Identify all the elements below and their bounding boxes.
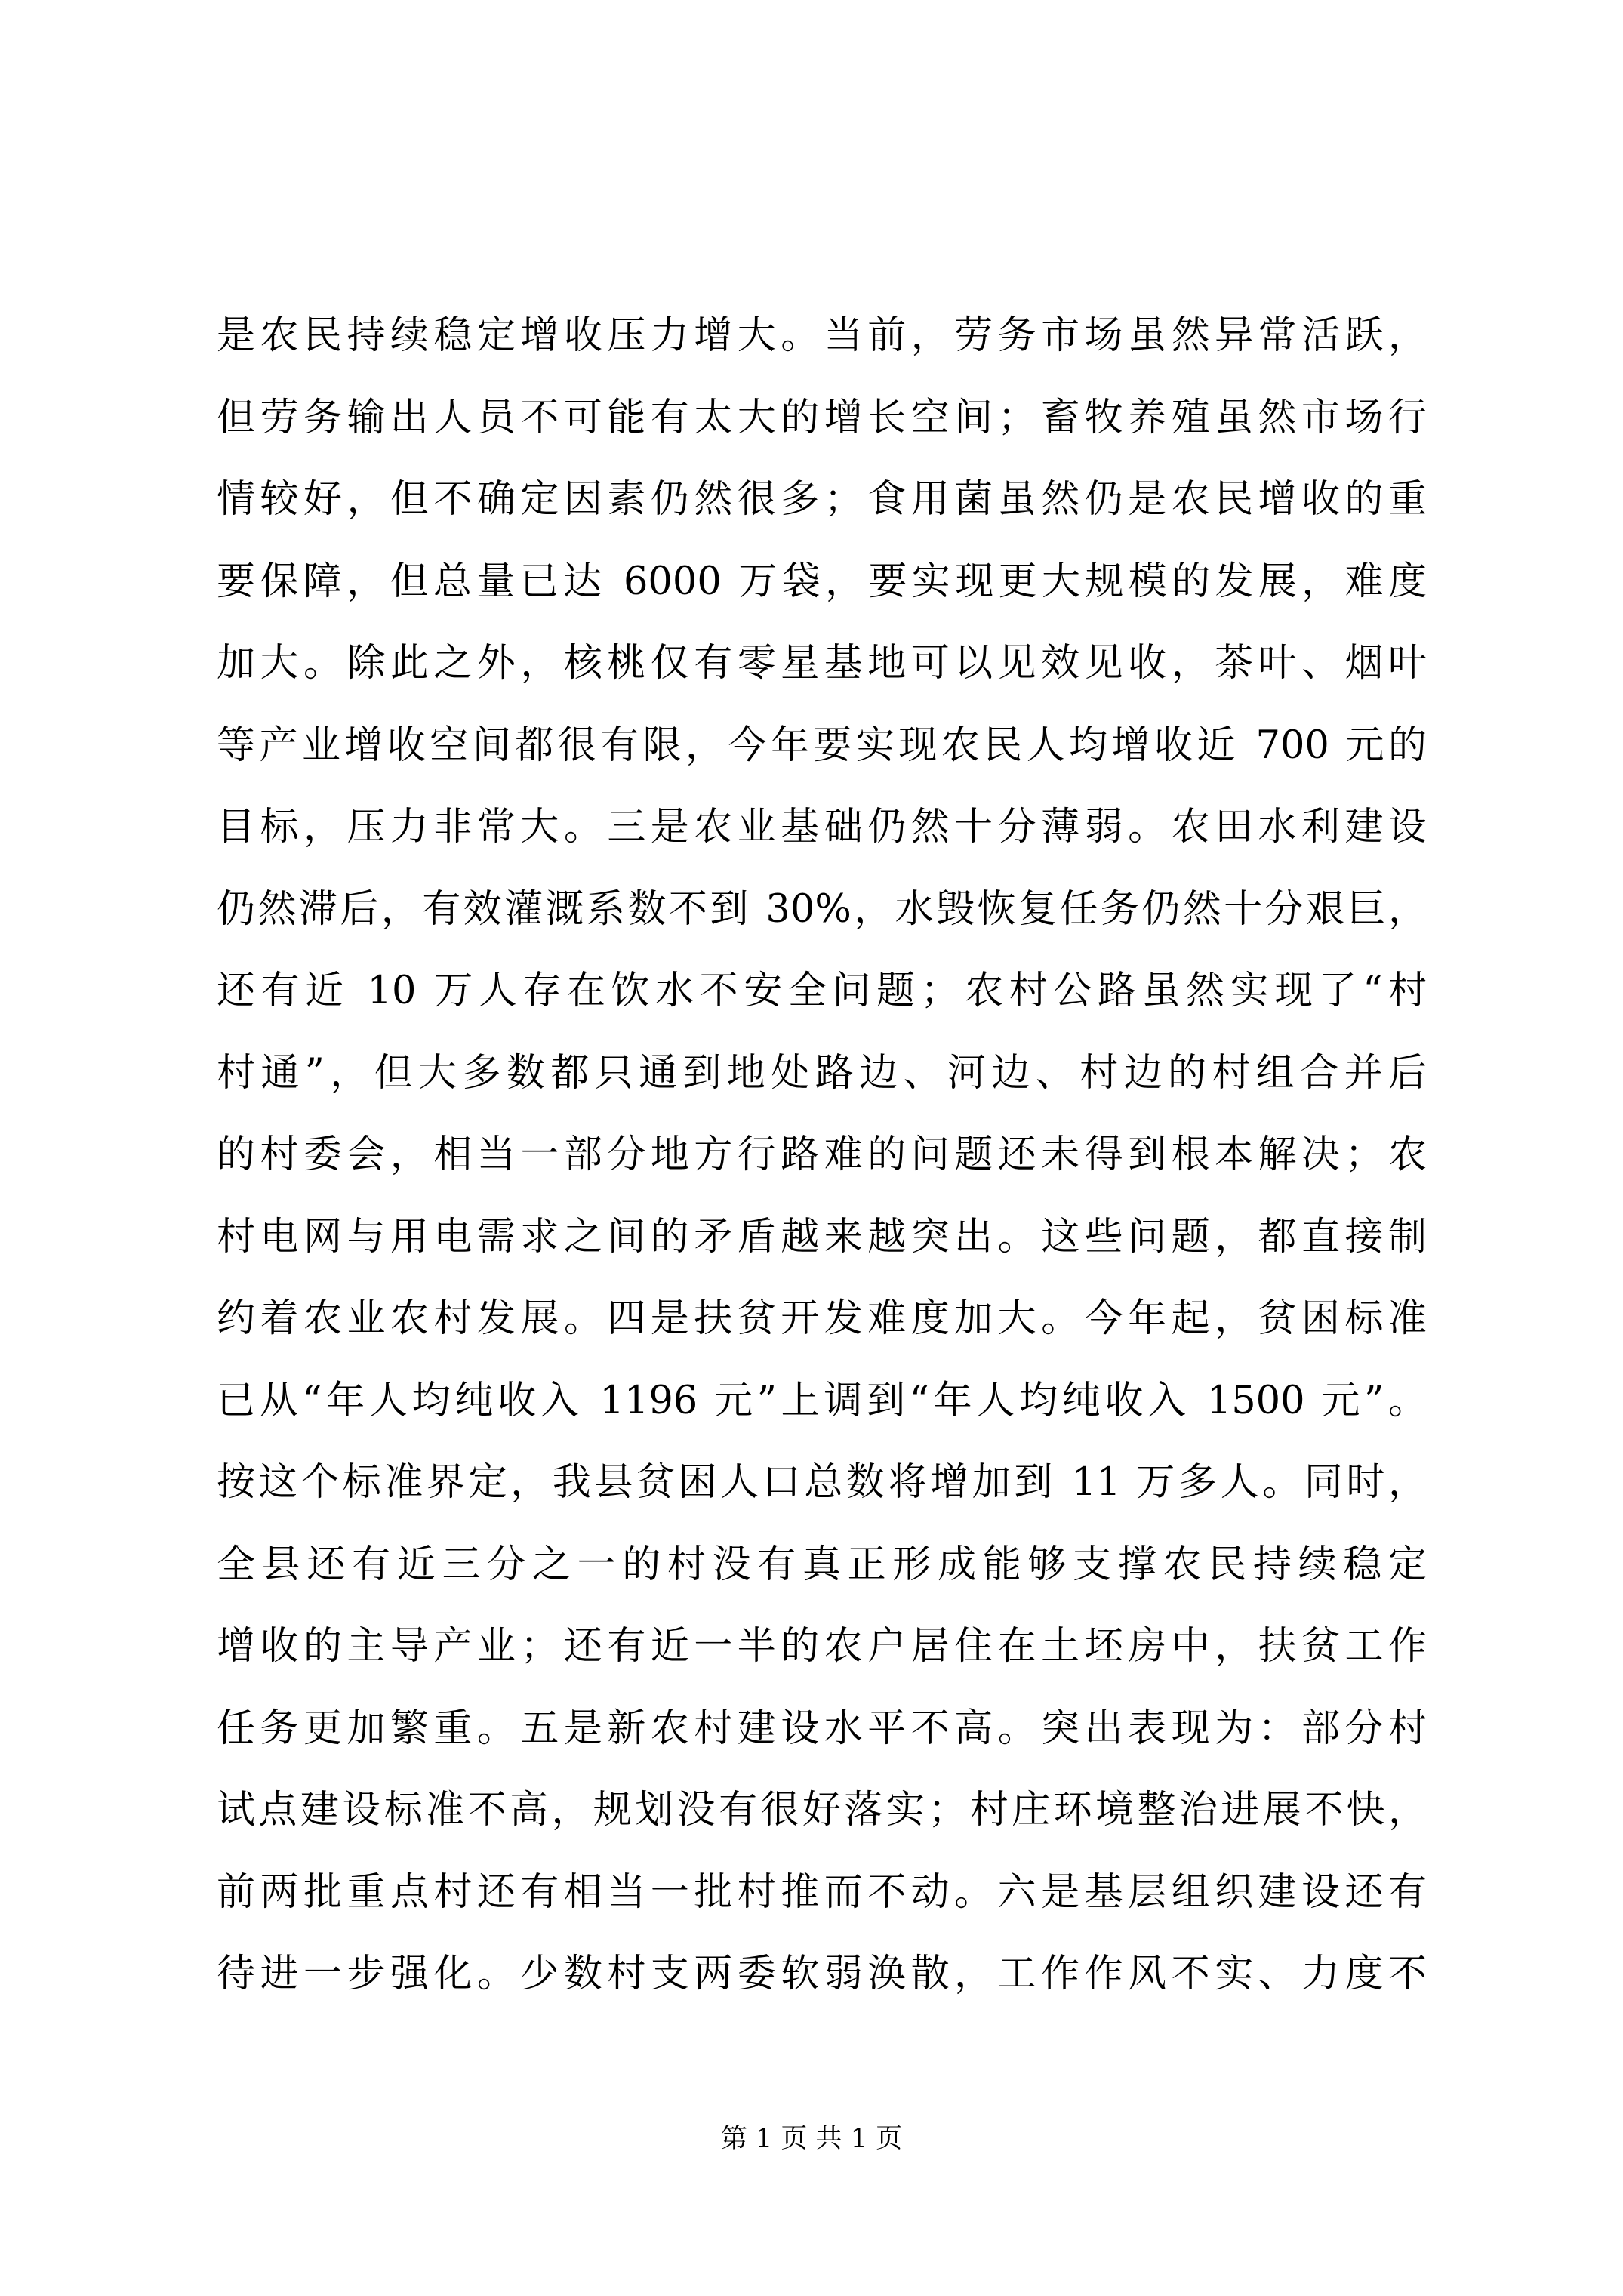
text-line: 任务更加繁重。五是新农村建设水平不高。突出表现为：部分村	[217, 1695, 1427, 1777]
text-line: 目标，压力非常大。三是农业基础仍然十分薄弱。农田水利建设	[217, 794, 1427, 876]
text-line: 但劳务输出人员不可能有太大的增长空间；畜牧养殖虽然市场行	[217, 384, 1427, 467]
text-line: 情较好，但不确定因素仍然很多；食用菌虽然仍是农民增收的重	[217, 466, 1427, 548]
text-line: 要保障，但总量已达 6000 万袋，要实现更大规模的发展，难度	[217, 548, 1427, 630]
text-line: 还有近 10 万人存在饮水不安全问题；农村公路虽然实现了“村	[217, 957, 1427, 1040]
text-line: 是农民持续稳定增收压力增大。当前，劳务市场虽然异常活跃，	[217, 302, 1427, 384]
page-number-footer: 第 1 页 共 1 页	[0, 2118, 1623, 2156]
text-line: 已从“年人均纯收入 1196 元”上调到“年人均纯收入 1500 元”。	[217, 1367, 1427, 1450]
text-line: 试点建设标准不高，规划没有很好落实；村庄环境整治进展不快，	[217, 1777, 1427, 1859]
text-line: 村通”，但大多数都只通到地处路边、河边、村边的村组合并后	[217, 1040, 1427, 1122]
body-paragraph: 是农民持续稳定增收压力增大。当前，劳务市场虽然异常活跃， 但劳务输出人员不可能有…	[217, 302, 1427, 2023]
text-line: 待进一步强化。少数村支两委软弱涣散，工作作风不实、力度不	[217, 1940, 1427, 2023]
text-line: 加大。除此之外，核桃仅有零星基地可以见效见收，茶叶、烟叶	[217, 630, 1427, 712]
text-line: 约着农业农村发展。四是扶贫开发难度加大。今年起，贫困标准	[217, 1285, 1427, 1367]
text-line: 的村委会，相当一部分地方行路难的问题还未得到根本解决；农	[217, 1121, 1427, 1203]
text-line: 前两批重点村还有相当一批村推而不动。六是基层组织建设还有	[217, 1859, 1427, 1941]
text-line: 全县还有近三分之一的村没有真正形成能够支撑农民持续稳定	[217, 1531, 1427, 1613]
document-page: 是农民持续稳定增收压力增大。当前，劳务市场虽然异常活跃， 但劳务输出人员不可能有…	[0, 0, 1623, 2296]
text-line: 仍然滞后，有效灌溉系数不到 30%，水毁恢复任务仍然十分艰巨，	[217, 876, 1427, 958]
text-line: 村电网与用电需求之间的矛盾越来越突出。这些问题，都直接制	[217, 1203, 1427, 1286]
text-line: 增收的主导产业；还有近一半的农户居住在土坯房中，扶贫工作	[217, 1613, 1427, 1695]
text-line: 等产业增收空间都很有限，今年要实现农民人均增收近 700 元的	[217, 712, 1427, 794]
text-line: 按这个标准界定，我县贫困人口总数将增加到 11 万多人。同时，	[217, 1449, 1427, 1531]
